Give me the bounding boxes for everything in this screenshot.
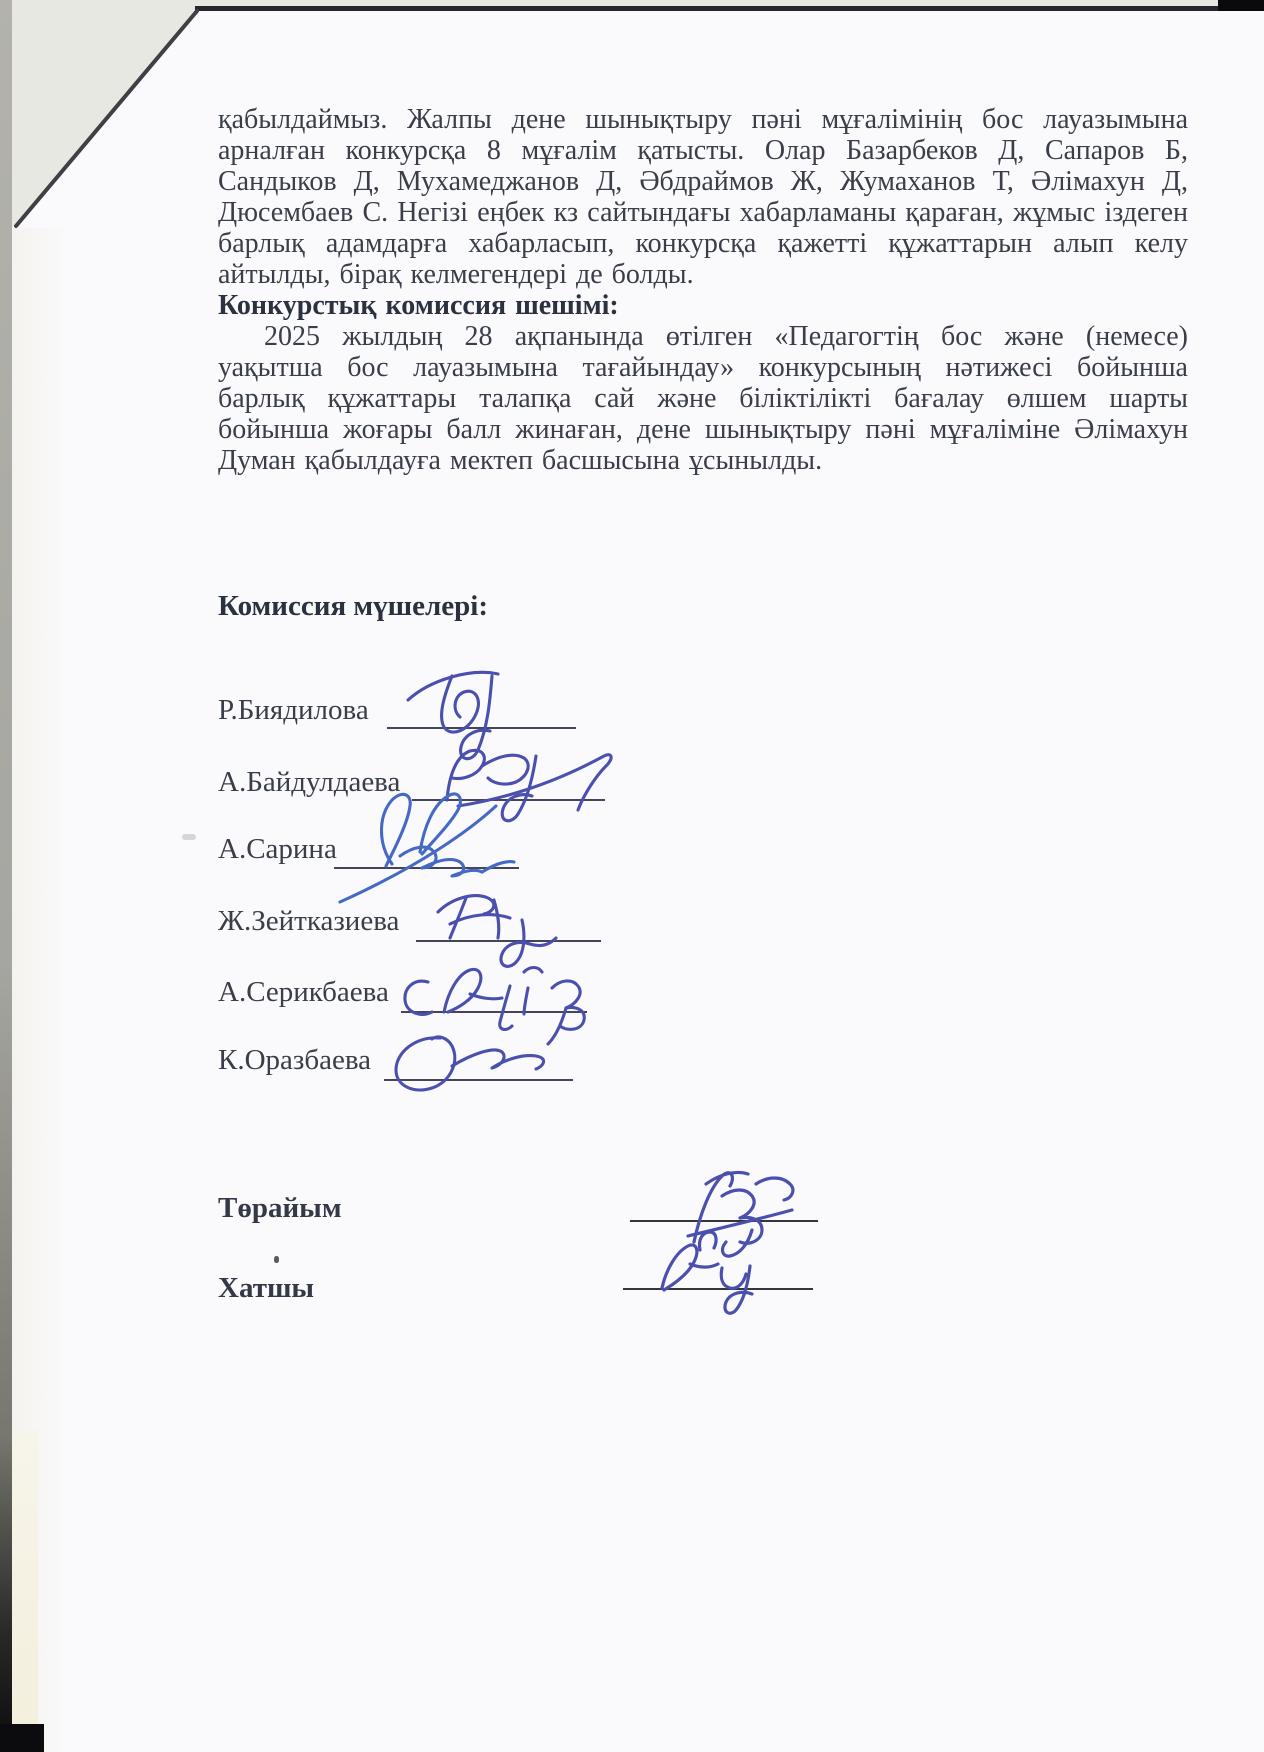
member-name: А.Сарина: [218, 833, 337, 866]
document-body: қабылдаймыз. Жалпы дене шынықтыру пәні м…: [218, 104, 1188, 476]
signature-line: [401, 1011, 587, 1013]
scanned-document-page: { "document": { "body_paragraph": "қабыл…: [0, 0, 1264, 1752]
signature-line: [412, 799, 605, 801]
signature-line: [334, 867, 519, 869]
scan-bottom-corner-black: [0, 1724, 44, 1752]
signature-line: [387, 727, 576, 729]
member-name: К.Оразбаева: [218, 1044, 371, 1077]
body-paragraph: қабылдаймыз. Жалпы дене шынықтыру пәні м…: [218, 104, 1188, 290]
scanner-edge-strip: [0, 0, 12, 1752]
signature-line: [416, 940, 601, 942]
official-role: Төрайым: [218, 1192, 342, 1225]
paper-edge-cream-strip: [12, 1430, 38, 1752]
official-role: Хатшы: [218, 1272, 314, 1305]
stray-dot-mark: [274, 1256, 279, 1263]
member-name: Ж.Зейтказиева: [218, 905, 399, 938]
decision-heading: Конкурстық комиссия шешімі:: [218, 290, 1188, 321]
signature-line: [623, 1288, 813, 1290]
member-name: А.Байдулдаева: [218, 766, 400, 799]
member-name: Р.Биядилова: [218, 694, 369, 727]
members-heading: Комиссия мүшелері:: [218, 590, 488, 623]
scan-smudge: [182, 834, 196, 840]
decision-paragraph: 2025 жылдың 28 ақпанында өтілген «Педаго…: [218, 321, 1188, 476]
signature-line: [630, 1220, 818, 1222]
signature-line: [384, 1079, 573, 1081]
member-name: А.Серикбаева: [218, 976, 389, 1009]
